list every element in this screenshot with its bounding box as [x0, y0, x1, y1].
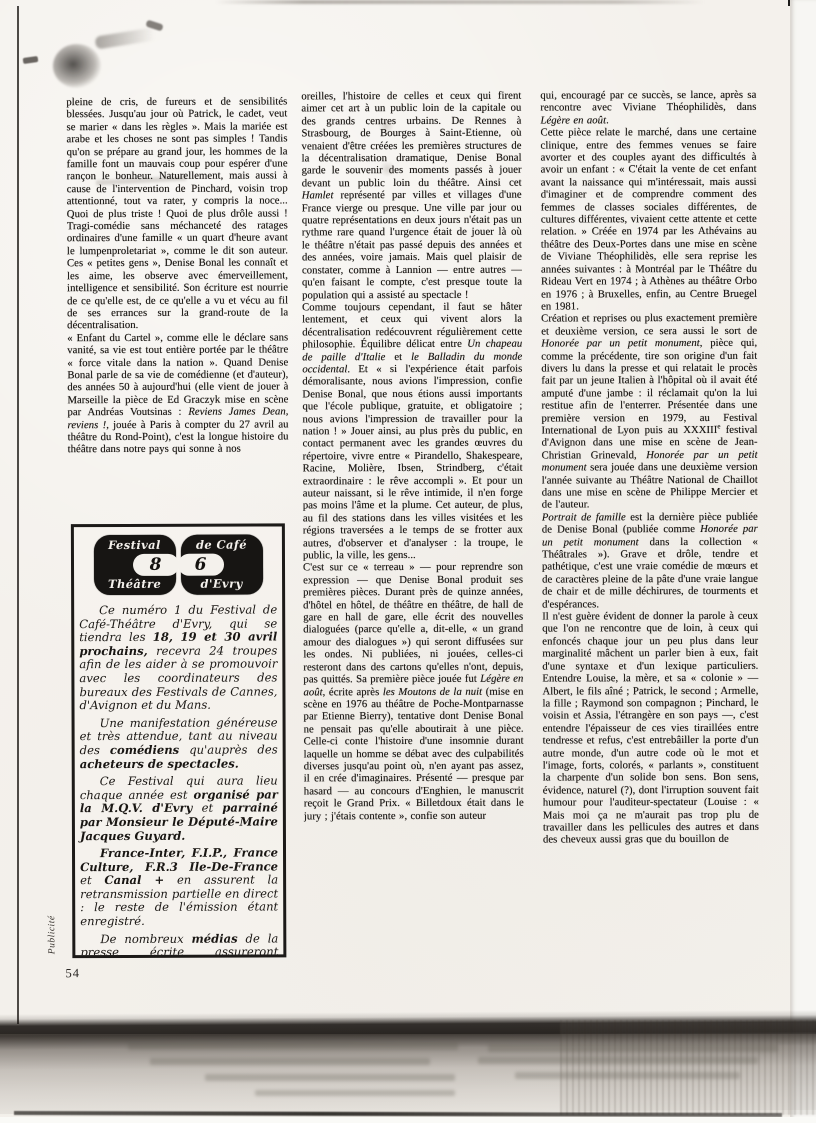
logo-digit-6: 6 — [177, 554, 223, 576]
paragraph: Il n'est guère évident de donner la paro… — [542, 610, 759, 846]
paragraph: Ce numéro 1 du Festival de Café-Théâtre … — [79, 603, 277, 712]
paragraph: Portrait de famille est la dernière pièc… — [542, 511, 758, 611]
article-column-3: qui, encouragé par ce succès, se lance, … — [540, 89, 759, 958]
logo-word-festival: Festival — [93, 538, 175, 552]
magazine-page: pleine de cris, de fureurs et de sensibi… — [0, 0, 816, 1123]
festival-ad-text: Ce numéro 1 du Festival de Café-Théâtre … — [79, 603, 278, 958]
ghost-text-line — [515, 1072, 740, 1079]
paragraph: pleine de cris, de fureurs et de sensibi… — [66, 95, 288, 331]
festival-logo: Festival 8 Théâtre de Café 6 d'Evry — [79, 534, 277, 595]
paragraph: Création et reprises ou plus exactement … — [541, 312, 758, 511]
ghost-text-line — [255, 1090, 455, 1096]
logo-word-theatre: Théâtre — [94, 577, 176, 591]
ghost-text-line — [150, 1058, 430, 1065]
ghost-text-line — [488, 1044, 778, 1052]
ghost-text-line — [478, 1057, 758, 1064]
paragraph: C'est sur ce « terreau » — pour reprendr… — [303, 561, 524, 822]
ghost-text-line — [205, 1074, 455, 1081]
festival-logo-left-block: Festival 8 Théâtre — [93, 535, 175, 595]
publicite-sidebar-label: Publicité — [47, 902, 57, 954]
logo-digit-8: 8 — [132, 554, 178, 576]
paragraph: Une manifestation généreuse et très atte… — [80, 716, 278, 771]
logo-word-de-cafe: de Café — [180, 538, 262, 552]
article-columns: pleine de cris, de fureurs et de sensibi… — [0, 0, 816, 1123]
paragraph: Cette pièce relate le marché, dans une c… — [540, 126, 757, 313]
paragraph: Ce Festival qui aura lieu chaque année e… — [80, 775, 278, 844]
ghost-text-line — [128, 1042, 458, 1050]
page-number: 54 — [65, 966, 80, 981]
paragraph: oreilles, l'histoire de celles et ceux q… — [301, 90, 522, 302]
article-column-1: pleine de cris, de fureurs et de sensibi… — [66, 95, 289, 540]
festival-ad-box: Festival 8 Théâtre de Café 6 d'Evry Ce n… — [71, 523, 287, 958]
logo-word-d-evry: d'Evry — [181, 577, 263, 591]
paragraph: Comme toujours cependant, il faut se hât… — [302, 301, 523, 562]
paragraph: « Enfant du Cartel », comme elle le décl… — [67, 331, 288, 456]
festival-logo-right-block: de Café 6 d'Evry — [180, 535, 262, 595]
paragraph: De nombreux médias de la presse écrite a… — [80, 932, 278, 958]
article-column-2: oreilles, l'histoire de celles et ceux q… — [301, 90, 524, 959]
paragraph: France-Inter, F.I.P., France Culture, F.… — [80, 847, 278, 929]
paragraph: qui, encouragé par ce succès, se lance, … — [540, 89, 756, 127]
